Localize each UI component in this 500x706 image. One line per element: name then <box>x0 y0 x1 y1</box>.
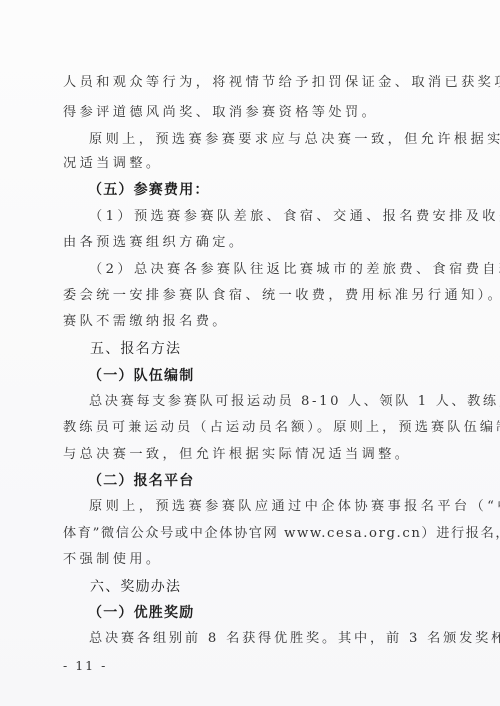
section-subheading-team: （一）队伍编制 <box>88 367 434 385</box>
paragraph-line: 赛队不需缴纳报名费。 <box>63 313 435 331</box>
paragraph-line: 体育”微信公众号或中企体协官网 www.cesa.org.cn）进行报名，但 <box>63 525 435 543</box>
section-subheading-winners: （一）优胜奖励 <box>88 604 434 622</box>
section-subheading-platform: （二）报名平台 <box>88 472 434 490</box>
paragraph-line: 总决赛每支参赛队可报运动员 8-10 人、领队 1 人、教练员 1 人。 <box>89 393 435 411</box>
paragraph-line: 人员和观众等行为，将视情节给予扣罚保证金、取消已获奖项、不 <box>63 74 435 92</box>
paragraph-line: 得参评道德风尚奖、取消参赛资格等处罚。 <box>63 104 435 122</box>
section-heading-awards: 六、奖励办法 <box>90 578 436 596</box>
document-page: 人员和观众等行为，将视情节给予扣罚保证金、取消已获奖项、不 得参评道德风尚奖、取… <box>0 0 500 706</box>
paragraph-line: 委会统一安排参赛队食宿、统一收费，费用标准另行通知）。各参 <box>63 287 435 305</box>
paragraph-line: 由各预选赛组织方确定。 <box>63 234 435 252</box>
paragraph-line: 总决赛各组别前 8 名获得优胜奖。其中，前 3 名颁发奖杯、奖 <box>89 630 435 648</box>
paragraph-line: （2）总决赛各参赛队往返比赛城市的差旅费、食宿费自理（组 <box>89 261 435 279</box>
page-number: - 11 - <box>63 658 107 673</box>
section-heading-registration: 五、报名方法 <box>90 340 436 358</box>
paragraph-line: （1）预选赛参赛队差旅、食宿、交通、报名费安排及收费标准 <box>89 208 435 226</box>
paragraph-line: 原则上，预选赛参赛要求应与总决赛一致，但允许根据实际情 <box>89 131 435 149</box>
paragraph-line: 原则上，预选赛参赛队应通过中企体协赛事报名平台（“中企 <box>89 498 435 516</box>
paragraph-line: 教练员可兼运动员（占运动员名额）。原则上，预选赛队伍编制应 <box>63 419 435 437</box>
paragraph-line: 不强制使用。 <box>63 551 435 569</box>
paragraph-line: 与总决赛一致，但允许根据实际情况适当调整。 <box>63 446 435 464</box>
paragraph-line: 况适当调整。 <box>63 155 435 173</box>
section-subheading-fees: （五）参赛费用： <box>88 181 434 199</box>
